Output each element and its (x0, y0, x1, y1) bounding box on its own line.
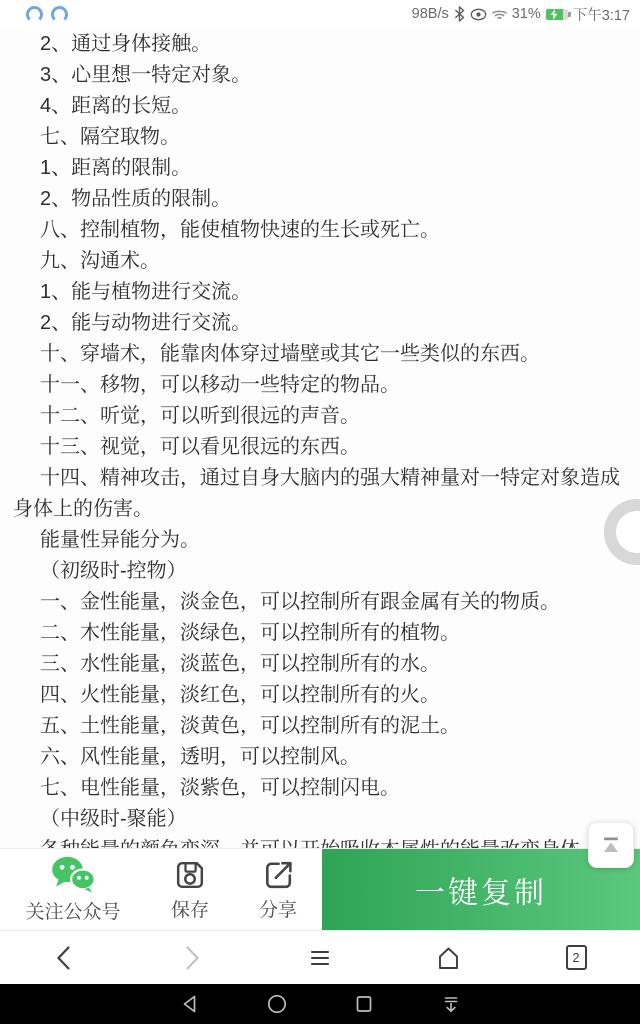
back-triangle-icon (177, 991, 203, 1017)
browser-back-button[interactable] (41, 935, 87, 981)
article-paragraph: 能量性异能分为。 (13, 525, 627, 556)
article-paragraph: 七、隔空取物。 (13, 122, 627, 153)
tab-count: 2 (573, 951, 580, 965)
app-notification-icon (26, 6, 43, 23)
article-content: 2、通过身体接触。3、心里想一特定对象。4、距离的长短。七、隔空取物。1、距离的… (0, 28, 640, 848)
browser-menu-button[interactable] (297, 935, 343, 981)
article-paragraph: （初级时-控物） (13, 556, 627, 587)
browser-forward-button[interactable] (169, 935, 215, 981)
battery-percent: 31% (512, 6, 541, 22)
status-bar: 98B/s 31% 下午3:17 (0, 0, 640, 28)
article-paragraph: 十、穿墙术，能靠肉体穿过墙壁或其它一些类似的东西。 (13, 339, 627, 370)
status-right: 98B/s 31% 下午3:17 (412, 4, 630, 25)
system-back-button[interactable] (175, 989, 205, 1019)
system-home-button[interactable] (262, 989, 292, 1019)
article-paragraph: 十一、移物，可以移动一些特定的物品。 (13, 370, 627, 401)
wechat-icon (50, 855, 96, 895)
article-paragraph: 4、距离的长短。 (13, 91, 627, 122)
article-paragraph: 三、水性能量，淡蓝色，可以控制所有的水。 (13, 649, 627, 680)
article-paragraph: 十二、听觉，可以听到很远的声音。 (13, 401, 627, 432)
article-paragraph: （中级时-聚能） (13, 804, 627, 835)
status-left-icons (10, 6, 68, 23)
hide-navbar-icon (438, 991, 464, 1017)
battery-charging-icon (546, 9, 568, 20)
scroll-to-top-button[interactable] (588, 822, 634, 868)
share-arrow-icon (260, 857, 296, 893)
article-paragraph: 五、土性能量，淡黄色，可以控制所有的泥土。 (13, 711, 627, 742)
share-label: 分享 (259, 895, 297, 922)
screen: 98B/s 31% 下午3:17 2、通过身体接触。3、心里想一特定对象。4、距… (0, 0, 640, 1024)
article-paragraph: 八、控制植物，能使植物快速的生长或死亡。 (13, 215, 627, 246)
article-paragraph: 四、火性能量，淡红色，可以控制所有的火。 (13, 680, 627, 711)
follow-official-account-button[interactable]: 关注公众号 (0, 849, 146, 930)
save-button[interactable]: 保存 (146, 849, 234, 930)
follow-label: 关注公众号 (25, 897, 120, 924)
recents-square-icon (351, 991, 377, 1017)
forward-icon (178, 943, 206, 973)
tab-count-box: 2 (566, 945, 587, 970)
save-label: 保存 (171, 895, 209, 922)
article-paragraph: 2、物品性质的限制。 (13, 184, 627, 215)
article-paragraph: 九、沟通术。 (13, 246, 627, 277)
bottom-toolbar: 关注公众号 保存 分享 一键复制 (0, 848, 640, 930)
browser-navigation-bar: 2 (0, 930, 640, 984)
app-notification-icon (51, 6, 68, 23)
back-icon (50, 943, 78, 973)
net-speed: 98B/s (412, 6, 449, 22)
article-paragraph: 3、心里想一特定对象。 (13, 60, 627, 91)
scroll-to-top-icon (598, 832, 624, 858)
browser-home-button[interactable] (425, 935, 471, 981)
article-paragraph: 十三、视觉，可以看见很远的东西。 (13, 432, 627, 463)
article-paragraph: 1、能与植物进行交流。 (13, 277, 627, 308)
system-recents-button[interactable] (349, 989, 379, 1019)
share-button[interactable]: 分享 (234, 849, 322, 930)
wifi-icon (491, 8, 508, 21)
clock: 下午3:17 (573, 4, 630, 25)
article-paragraph: 各种能量的颜色变深，并可以开始吸收本属性的能量改变身体。 (13, 835, 627, 848)
system-hide-navbar-button[interactable] (436, 989, 466, 1019)
menu-icon (305, 943, 335, 973)
article-paragraph: 一、金性能量，淡金色，可以控制所有跟金属有关的物质。 (13, 587, 627, 618)
browser-tabs-button[interactable]: 2 (553, 935, 599, 981)
article-paragraph: 1、距离的限制。 (13, 153, 627, 184)
home-circle-icon (264, 991, 290, 1017)
article-paragraph: 七、电性能量，淡紫色，可以控制闪电。 (13, 773, 627, 804)
article-paragraph: 二、木性能量，淡绿色，可以控制所有的植物。 (13, 618, 627, 649)
article-paragraph: 2、通过身体接触。 (13, 29, 627, 60)
eye-protection-icon (470, 8, 487, 21)
home-icon (433, 943, 463, 973)
article-paragraph: 十四、精神攻击，通过自身大脑内的强大精神量对一特定对象造成身体上的伤害。 (13, 463, 627, 525)
android-system-bar (0, 984, 640, 1024)
floppy-save-icon (172, 857, 208, 893)
bluetooth-icon (453, 6, 466, 22)
article-paragraph: 2、能与动物进行交流。 (13, 308, 627, 339)
article-paragraph: 六、风性能量，透明，可以控制风。 (13, 742, 627, 773)
